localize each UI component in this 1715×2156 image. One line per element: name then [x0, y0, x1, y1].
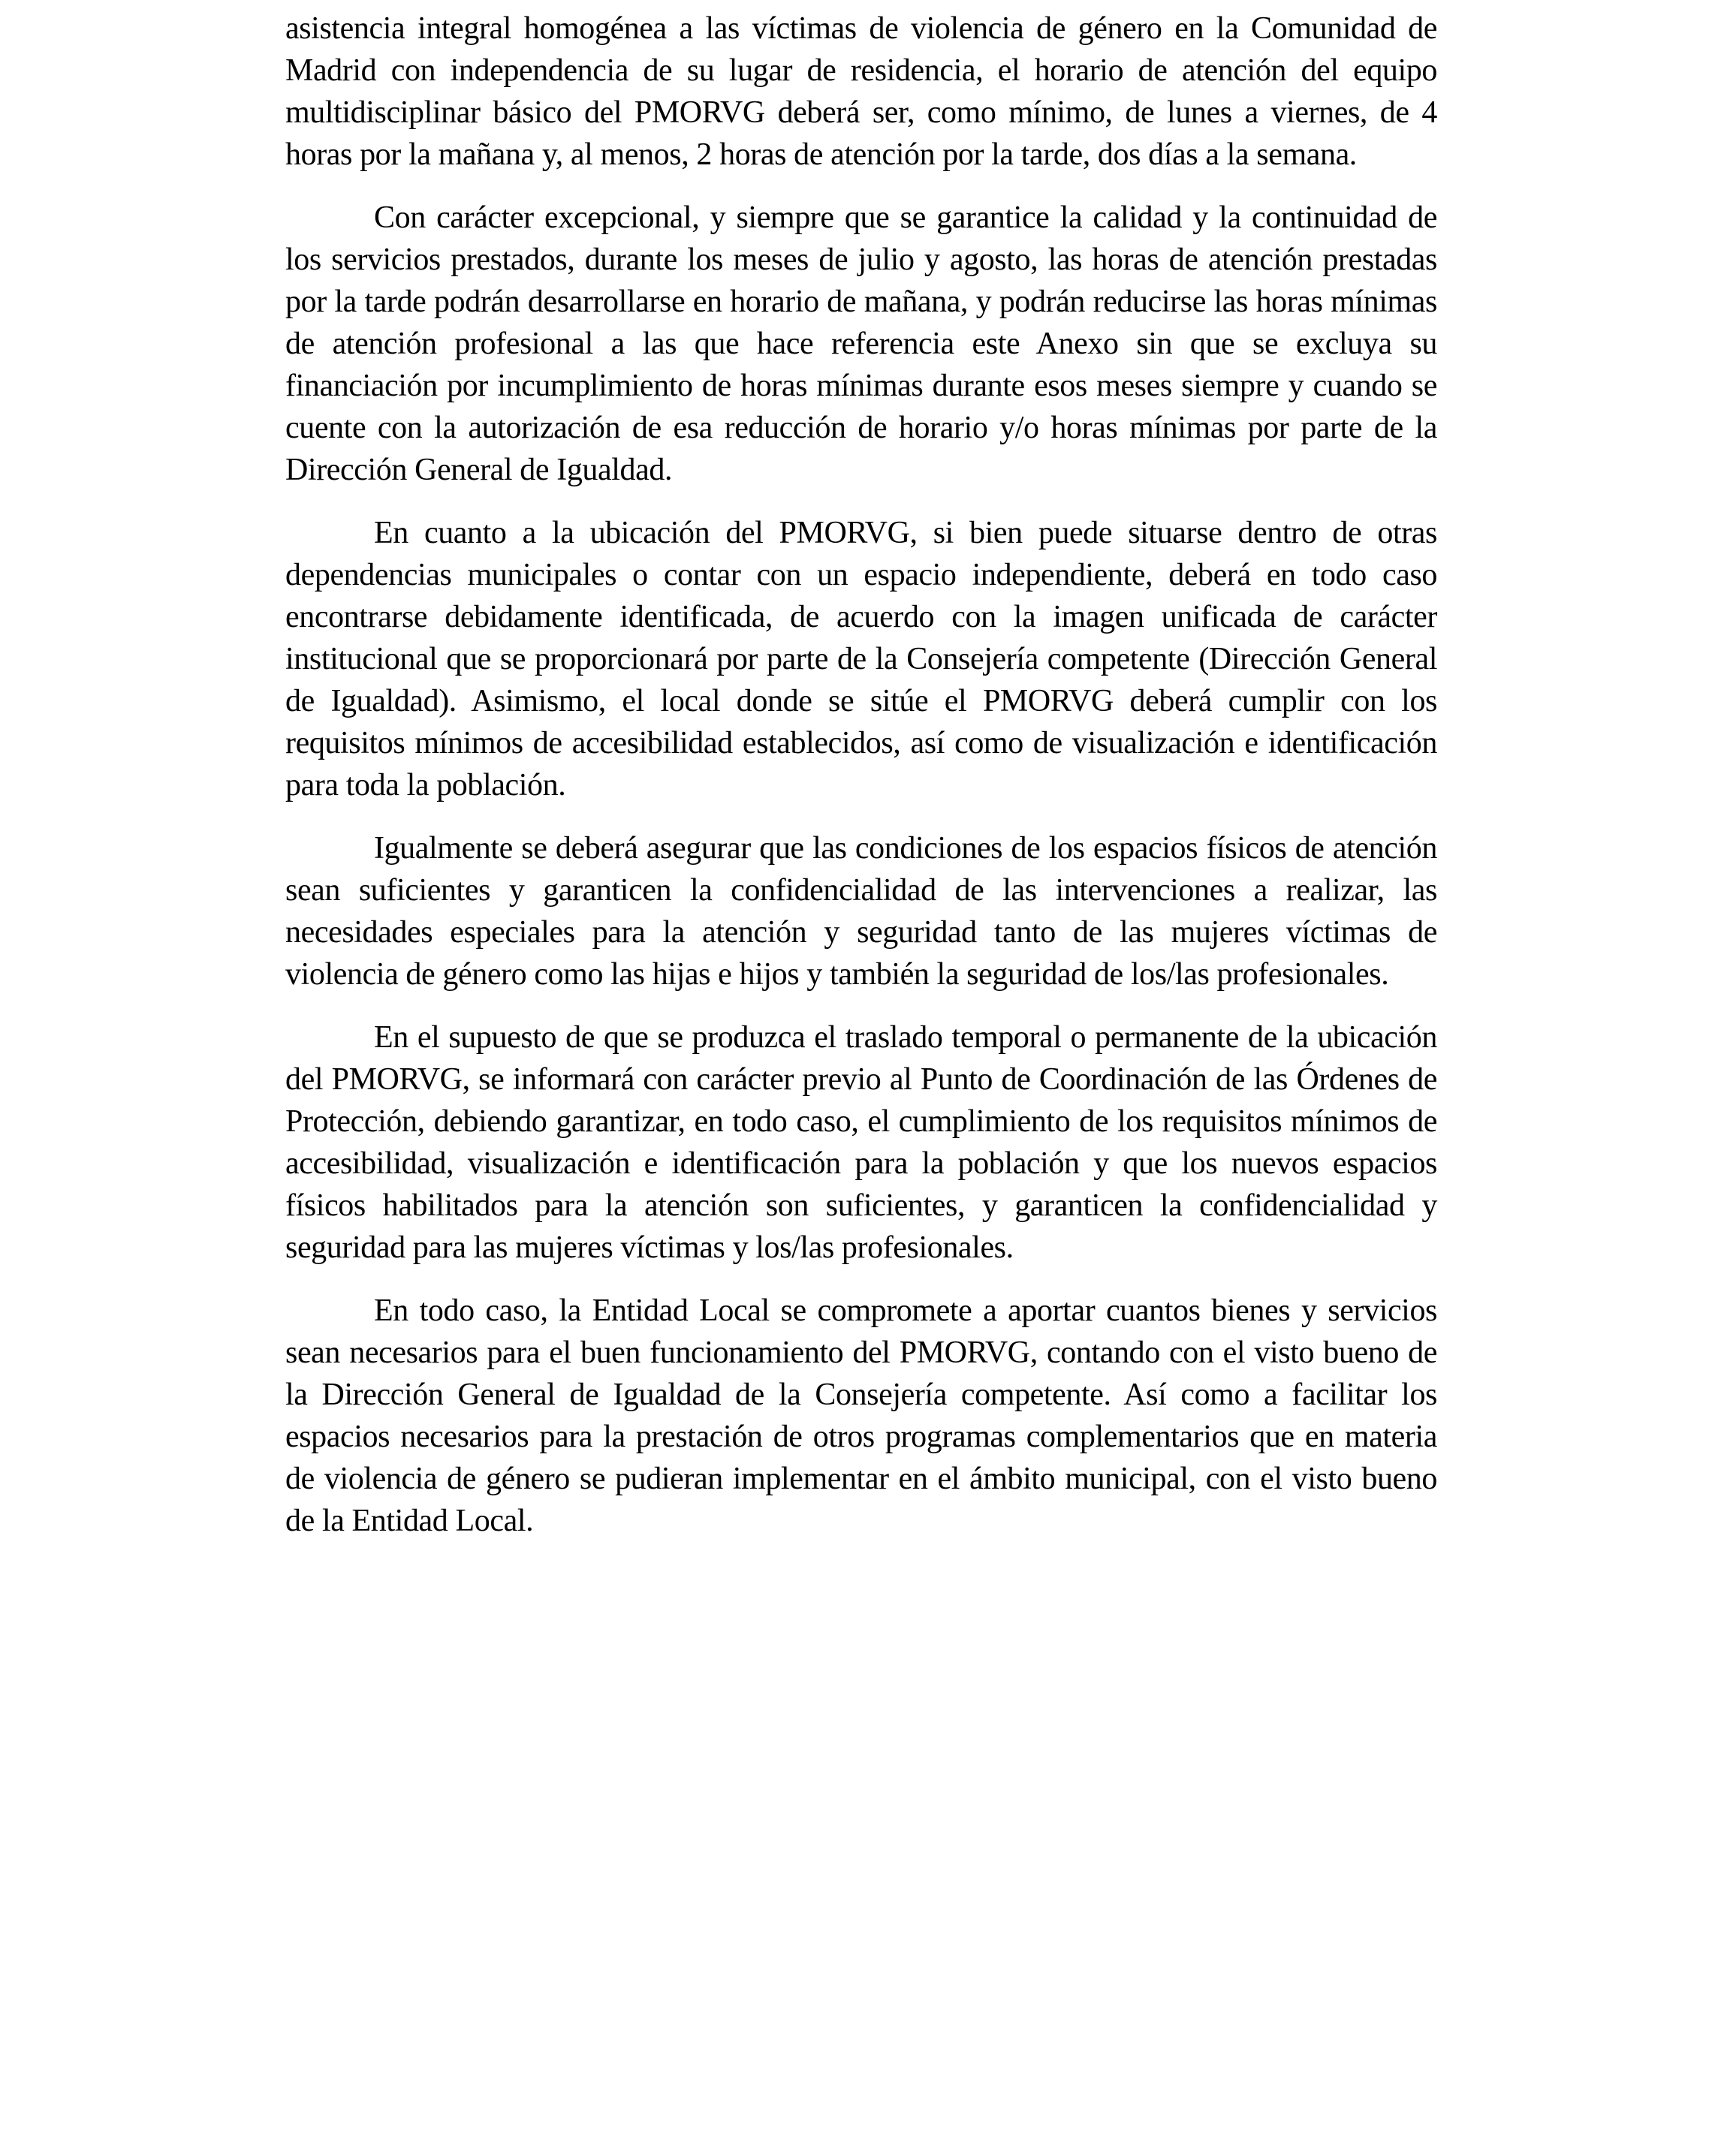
document-page: asistencia integral homogénea a las víct…: [0, 0, 1715, 2156]
paragraph: Igualmente se deberá asegurar que las co…: [285, 827, 1437, 995]
paragraph: En cuanto a la ubicación del PMORVG, si …: [285, 512, 1437, 806]
paragraph: En el supuesto de que se produzca el tra…: [285, 1016, 1437, 1269]
paragraph: Con carácter excepcional, y siempre que …: [285, 197, 1437, 491]
paragraph: En todo caso, la Entidad Local se compro…: [285, 1290, 1437, 1542]
paragraph-continuation: asistencia integral homogénea a las víct…: [285, 8, 1437, 176]
